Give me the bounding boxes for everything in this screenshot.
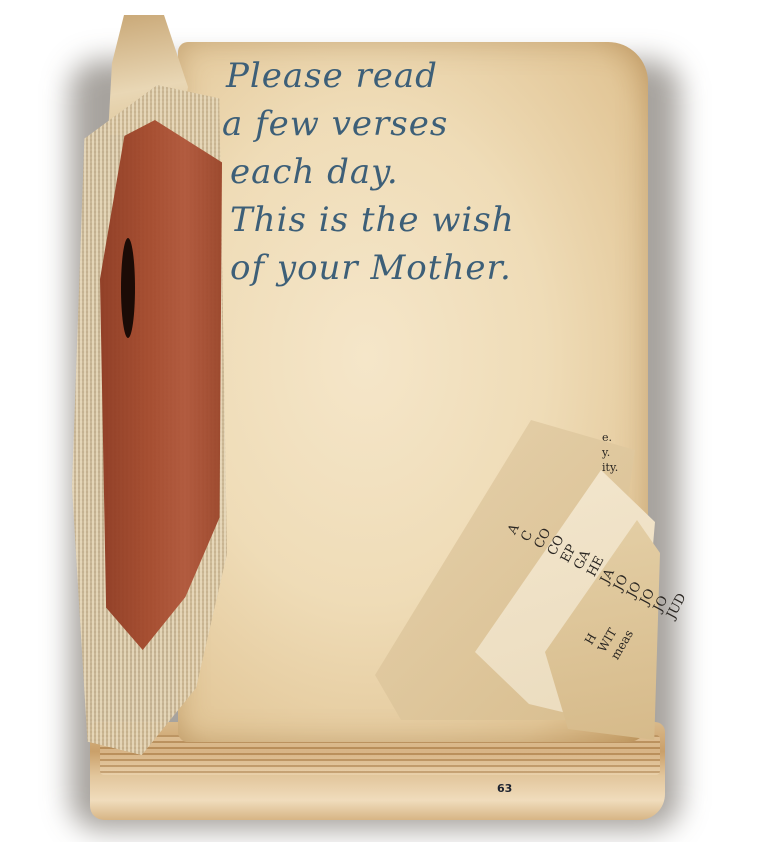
inscription-line: This is the wish <box>222 196 642 244</box>
spine-hole <box>121 238 135 338</box>
book-photo: Please read a few verses each day. This … <box>0 0 768 842</box>
inscription-line: Please read <box>222 52 642 100</box>
page-number: 63 <box>497 782 512 795</box>
inscription-line: of your Mother. <box>222 244 642 292</box>
inscription-line: each day. <box>222 148 642 196</box>
printed-fragment-side: e. y. ity. <box>602 430 618 475</box>
folded-torn-pages <box>375 330 665 750</box>
inscription-line: a few verses <box>222 100 642 148</box>
handwritten-inscription: Please read a few verses each day. This … <box>222 52 642 292</box>
